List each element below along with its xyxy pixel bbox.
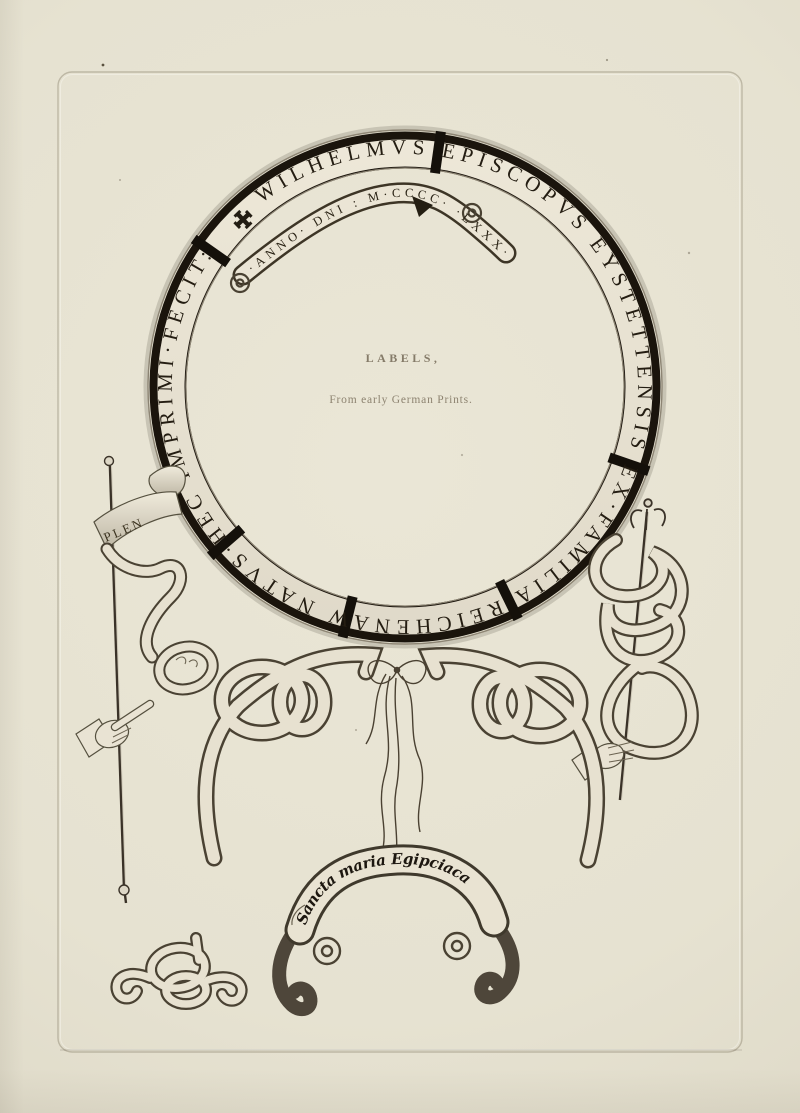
plate-artwork: WILHELMVS EPISCOPVS EYSTETTENSIS EX·FAMI…	[0, 0, 800, 1113]
ribbon-arch	[206, 654, 597, 862]
scroll-curl-ends	[314, 933, 470, 964]
staff-finial-ball	[105, 457, 114, 466]
plate-title: LABELS,	[366, 351, 441, 365]
pointing-hand-icon	[76, 704, 150, 757]
scroll-right-tail	[481, 928, 512, 997]
string-bow	[366, 661, 426, 862]
plate-subtitle: From early German Prints.	[329, 394, 472, 406]
circular-ribbon-band: WILHELMVS EPISCOPVS EYSTETTENSIS EX·FAMI…	[146, 128, 664, 646]
bottom-left-ribbon-knot	[116, 938, 241, 1004]
spiral-ribbon	[595, 540, 692, 753]
bottom-scroll-banner: Sancta maria Egipciaca	[279, 850, 512, 1009]
cuff-ornament	[176, 657, 197, 667]
scanned-plate-page: WILHELMVS EPISCOPVS EYSTETTENSIS EX·FAMI…	[0, 0, 800, 1113]
scroll-left-tail	[279, 935, 310, 1009]
